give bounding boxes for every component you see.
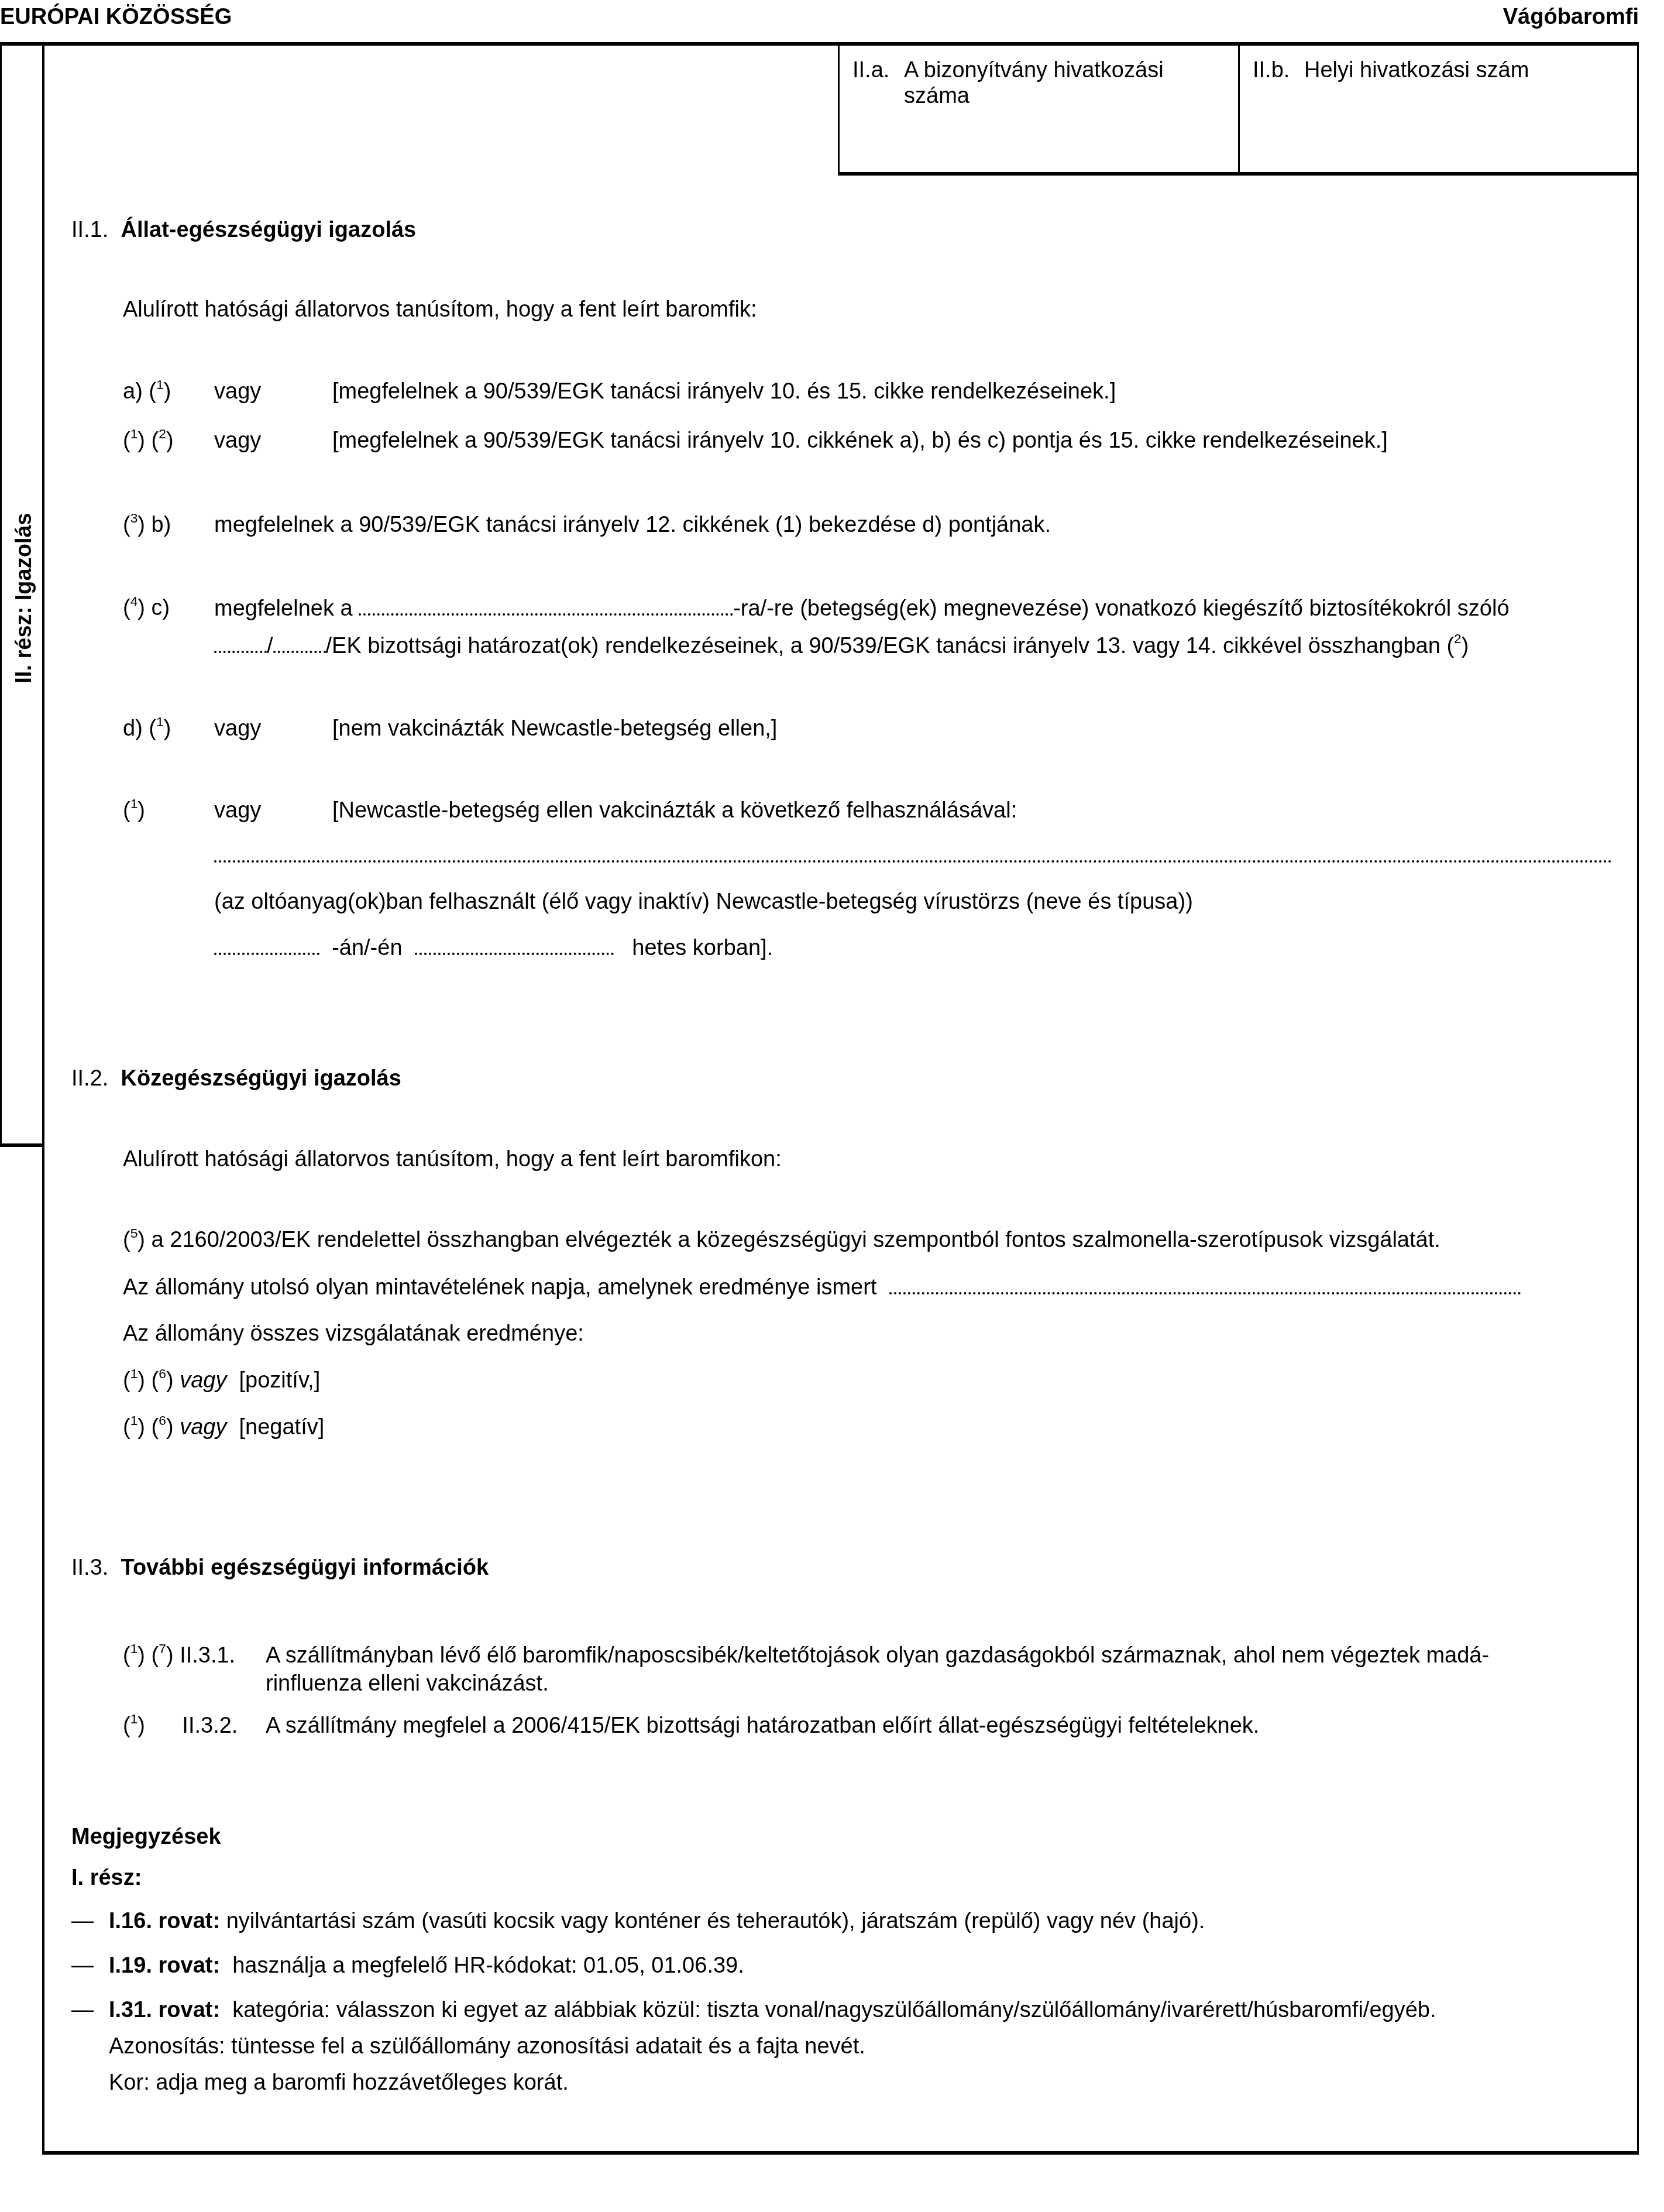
section-title: További egészségügyi információk — [121, 1555, 489, 1580]
note-extra: Kor: adja meg a baromfi hozzávetőleges k… — [109, 2070, 569, 2096]
s2-result-negative[interactable]: (1) (6) vagy [negatív] — [123, 1415, 324, 1440]
section-ii2-heading: II.2. Közegészségügyi igazolás — [71, 1066, 401, 1091]
s3-item-1-text: A szállítmányban lévő élő baromfik/napos… — [266, 1643, 1489, 1668]
section-title: Közegészségügyi igazolás — [121, 1066, 401, 1091]
section-title: Állat-egészségügyi igazolás — [121, 218, 417, 242]
s2-all-results: Az állomány összes vizsgálatának eredmén… — [123, 1321, 584, 1347]
s2-intro: Alulírott hatósági állatorvos tanúsítom,… — [123, 1147, 782, 1172]
section-number: II.2. — [71, 1066, 108, 1091]
ref-num: II.a. — [852, 57, 904, 83]
vaccination-age-line: -án/-én hetes korban]. — [214, 935, 773, 961]
s1-item-b-text: megfelelnek a 90/539/EGK tanácsi irányel… — [214, 513, 1051, 538]
vaccination-week-blank[interactable] — [415, 935, 614, 955]
notes-part: I. rész: — [71, 1866, 142, 1891]
disease-blank[interactable] — [359, 596, 733, 616]
s2-salmonella: (5) a 2160/2003/EK rendelettel összhangb… — [123, 1228, 1440, 1253]
s1-option-a2[interactable]: (1) (2) — [123, 428, 174, 454]
s1-option-a1[interactable]: a) (1) — [123, 379, 171, 404]
local-reference-box[interactable]: II.b.Helyi hivatkozási szám — [1238, 42, 1639, 176]
header-left-title: EURÓPAI KÖZÖSSÉG — [0, 5, 232, 30]
section-number: II.3. — [71, 1555, 108, 1580]
section-ii3-heading: II.3. További egészségügyi információk — [71, 1555, 489, 1581]
certificate-reference-box[interactable]: II.a.A bizonyítvány hivatkozási száma — [838, 42, 1238, 176]
s1-option-d1[interactable]: d) (1) — [123, 716, 171, 741]
decision-number-blank[interactable] — [214, 633, 267, 653]
vagy-label: vagy — [214, 379, 261, 404]
s2-last-sampling: Az állomány utolsó olyan mintavételének … — [123, 1275, 1521, 1300]
vagy-label: vagy — [214, 716, 261, 741]
sidebar: II. rész: Igazolás — [0, 42, 44, 1147]
s1-option-d2[interactable]: (1) — [123, 798, 145, 823]
s1-item-c-line1: megfelelnek a -ra/-re (betegség(ek) megn… — [214, 596, 1510, 621]
s3-item-2-text: A szállítmány megfelel a 2006/415/EK biz… — [266, 1713, 1259, 1739]
s1-option-a2-text: [megfelelnek a 90/539/EGK tanácsi iránye… — [332, 428, 1388, 454]
s3-item-1-text-cont: rinfluenza elleni vakcinázást. — [266, 1671, 549, 1696]
section-number: II.1. — [71, 218, 108, 242]
vagy-label: vagy — [214, 798, 261, 823]
s1-item-c-line2: //EK bizottsági határozat(ok) rendelkezé… — [214, 633, 1469, 659]
ref-text: Helyi hivatkozási szám — [1304, 58, 1529, 83]
last-sampling-date-blank[interactable] — [889, 1275, 1521, 1294]
s1-intro: Alulírott hatósági állatorvos tanúsítom,… — [123, 297, 757, 322]
ref-num: II.b. — [1253, 57, 1304, 83]
strain-note: (az oltóanyag(ok)ban felhasznált (élő va… — [214, 889, 1193, 915]
note-item: —I.19. rovat: használja a megfelelő HR-k… — [71, 1953, 744, 1979]
s2-result-positive[interactable]: (1) (6) vagy [pozitív,] — [123, 1368, 320, 1393]
ref-text-cont: száma — [852, 83, 1164, 109]
s3-item-2-prefix[interactable]: (1) II.3.2. — [123, 1713, 238, 1739]
vaccine-strain-blank[interactable] — [214, 843, 1613, 863]
vaccination-date-blank[interactable] — [214, 935, 319, 955]
notes-title: Megjegyzések — [71, 1825, 221, 1850]
header-right-title: Vágóbaromfi — [1503, 5, 1639, 30]
s1-option-d1-text: [nem vakcinázták Newcastle-betegség elle… — [332, 716, 777, 741]
local-reference-label: II.b.Helyi hivatkozási szám — [1253, 57, 1529, 83]
certificate-frame — [42, 42, 1639, 2155]
note-extra: Azonosítás: tüntesse fel a szülőállomány… — [109, 2034, 865, 2059]
decision-year-blank[interactable] — [273, 633, 326, 653]
s1-item-c-label: (4) c) — [123, 596, 170, 621]
s1-option-a1-text: [megfelelnek a 90/539/EGK tanácsi iránye… — [332, 379, 1116, 404]
s1-option-d2-text: [Newcastle-betegség ellen vakcinázták a … — [332, 798, 1017, 823]
s3-item-1-prefix[interactable]: (1) (7) II.3.1. — [123, 1643, 235, 1668]
certificate-reference-label: II.a.A bizonyítvány hivatkozási száma — [852, 57, 1164, 109]
section-ii1-heading: II.1. Állat-egészségügyi igazolás — [71, 218, 416, 243]
ref-text: A bizonyítvány hivatkozási — [904, 58, 1164, 83]
note-item: —I.31. rovat: kategória: válasszon ki eg… — [71, 1998, 1436, 2023]
s1-item-b-label: (3) b) — [123, 513, 171, 538]
sidebar-label: II. rész: Igazolás — [12, 513, 37, 683]
vagy-label: vagy — [214, 428, 261, 454]
note-item: —I.16. rovat: nyilvántartási szám (vasút… — [71, 1909, 1205, 1934]
